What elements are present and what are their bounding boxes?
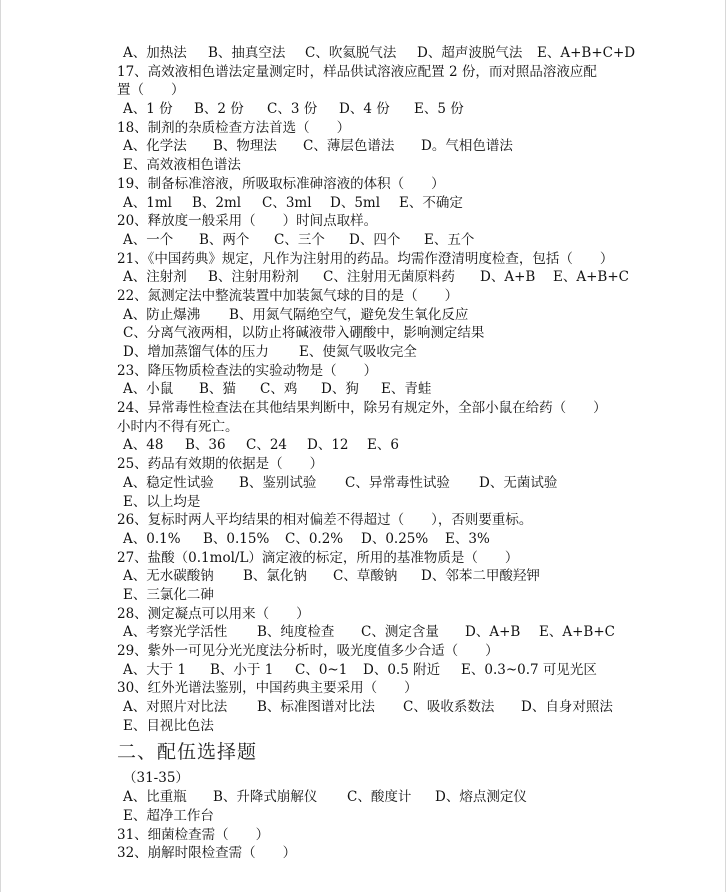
option-a: A、对照片对比法 [123,698,227,717]
option-e: E、A+B+C [553,268,629,287]
question-16-options: A、加热法B、抽真空法C、吹氦脱气法D、超声波脱气法E、A+B+C+D [117,44,617,63]
question-18-text: 18、制剂的杂质检查方法首选（ ） [117,119,617,138]
option-c: C、草酸钠 [333,567,397,586]
option-b: B、升降式崩解仪 [213,788,317,807]
option-b: B、2 份 [194,100,244,119]
question-26-text: 26、复标时两人平均结果的相对偏差不得超过（ ），否则要重标。 [117,511,617,530]
question-27-text: 27、盐酸（0.1mol/L）滴定液的标定，所用的基准物质是（ ） [117,549,617,568]
option-b: B、用氮气隔绝空气，避免发生氧化反应 [229,306,468,325]
option-e: E、青蛙 [381,380,431,399]
option-b: B、纯度检查 [257,623,334,642]
option-d: D、A+B [480,268,535,287]
option-e: E、3% [445,530,490,549]
option-c: C、三个 [274,231,325,250]
question-21-options: A、注射剂B、注射用粉剂C、注射用无菌原料药D、A+BE、A+B+C [117,268,617,287]
option-c: C、24 [246,436,287,455]
option-c: C、3 份 [267,100,317,119]
question-24-text-cont: 小时内不得有死亡。 [117,418,617,437]
option-e: E、不确定 [399,194,463,213]
question-20-text: 20、释放度一般采用（ ）时间点取样。 [117,212,617,231]
option-a: D、增加蒸馏气体的压力 [123,343,269,362]
option-c: C、薄层色谱法 [303,137,394,156]
option-e: E、0.3~0.7 可见光区 [461,661,597,680]
option-d: D、狗 [321,380,359,399]
question-18-options-2: E、高效液相色谱法 [117,156,617,175]
option-d: D。气相色谱法 [421,137,513,156]
option-a: C、分离气液两相，以防止将碱液带入硼酸中，影响测定结果 [123,324,484,343]
option-b: B、2ml [192,194,241,213]
option-c: C、吹氦脱气法 [305,44,396,63]
option-a: A、一个 [123,231,173,250]
question-22-options-3: D、增加蒸馏气体的压力E、使氮气吸收完全 [117,343,617,362]
option-a: A、考察光学活性 [123,623,227,642]
question-29-text: 29、紫外一可见分光光度法分析时，吸光度值多少合适（ ） [117,642,617,661]
option-b: B、鉴别试验 [239,474,316,493]
question-17-text: 17、高效液相色谱法定量测定时，样品供试溶液应配置 2 份，而对照品溶液应配 [117,63,617,82]
question-31-text: 31、细菌检查需（ ） [117,826,617,845]
question-26-options: A、0.1%B、0.15%C、0.2%D、0.25%E、3% [117,530,617,549]
option-a: A、稳定性试验 [123,474,214,493]
option-e: E、5 份 [414,100,464,119]
option-b: B、标准图谱对比法 [257,698,375,717]
question-22-options: A、防止爆沸B、用氮气隔绝空气，避免发生氧化反应 [117,306,617,325]
option-c: C、鸡 [260,380,297,399]
option-a: A、比重瓶 [123,788,187,807]
question-30-options-2: E、目视比色法 [117,717,617,736]
option-a: A、防止爆沸 [123,306,200,325]
option-d: D、5ml [330,194,380,213]
option-d: D、熔点测定仪 [435,788,527,807]
option-c: C、吸收系数法 [403,698,494,717]
option-d: D、超声波脱气法 [417,44,522,63]
section-heading: 二、配伍选择题 [117,735,617,769]
option-b: E、使氮气吸收完全 [299,343,417,362]
question-22-options-2: C、分离气液两相，以防止将碱液带入硼酸中，影响测定结果 [117,324,617,343]
option-a: A、1ml [123,194,172,213]
question-21-text: 21、《中国药典》规定，凡作为注射用的药品。均需作澄清明度检查，包括（ ） [117,250,617,269]
question-28-text: 28、测定凝点可以用来（ ） [117,605,617,624]
option-d: D、A+B [465,623,520,642]
option-d: D、邻苯二甲酸羟钾 [421,567,540,586]
option-a: E、高效液相色谱法 [123,156,241,175]
question-28-options: A、考察光学活性B、纯度检查C、测定含量D、A+BE、A+B+C [117,623,617,642]
option-a: E、三氯化二砷 [123,586,214,605]
option-a: A、化学法 [123,137,187,156]
document-content: A、加热法B、抽真空法C、吹氦脱气法D、超声波脱气法E、A+B+C+D17、高效… [117,44,617,863]
question-20-options: A、一个B、两个C、三个D、四个E、五个 [117,231,617,250]
option-a: A、注射剂 [123,268,187,287]
option-c: C、3ml [262,194,312,213]
option-b: B、0.15% [203,530,269,549]
question-25-options-2: E、以上均是 [117,493,617,512]
option-a: A、小鼠 [123,380,173,399]
option-c: C、测定含量 [361,623,439,642]
option-a: A、0.1% [123,530,181,549]
question-17-options: A、1 份B、2 份C、3 份D、4 份E、5 份 [117,100,617,119]
option-a: A、大于 1 [123,661,186,680]
question-23-options: A、小鼠B、猫C、鸡D、狗E、青蛙 [117,380,617,399]
question-30-options: A、对照片对比法B、标准图谱对比法C、吸收系数法D、自身对照法 [117,698,617,717]
question-24-text: 24、异常毒性检查法在其他结果判断中，除另有规定外，全部小鼠在给药（ ） [117,399,617,418]
option-d: D、12 [307,436,349,455]
option-b: B、物理法 [213,137,277,156]
option-c: C、酸度计 [347,788,411,807]
question-22-text: 22、氮测定法中整流装置中加装氮气球的目的是（ ） [117,287,617,306]
option-e: E、A+B+C+D [537,44,635,63]
option-d: D、4 份 [339,100,390,119]
question-17-text-cont: 置（ ） [117,81,617,100]
option-a: E、超净工作台 [123,807,214,826]
option-b: B、小于 1 [210,661,273,680]
option-a: A、48 [123,436,163,455]
question-18-options: A、化学法B、物理法C、薄层色谱法D。气相色谱法 [117,137,617,156]
option-e: E、A+B+C [539,623,615,642]
option-a: A、无水碳酸钠 [123,567,214,586]
question-23-text: 23、降压物质检查法的实验动物是（ ） [117,362,617,381]
group-range-label: （31-35） [117,769,617,788]
question-25-text: 25、药品有效期的依据是（ ） [117,455,617,474]
option-c: C、0.2% [285,530,343,549]
option-b: B、两个 [199,231,249,250]
question-19-options: A、1mlB、2mlC、3mlD、5mlE、不确定 [117,194,617,213]
option-c: C、0~1 [295,661,347,680]
option-e: E、6 [367,436,399,455]
matching-options-2: E、超净工作台 [117,807,617,826]
question-27-options: A、无水碳酸钠B、氯化钠C、草酸钠D、邻苯二甲酸羟钾 [117,567,617,586]
option-b: B、猫 [199,380,236,399]
question-32-text: 32、崩解时限检查需（ ） [117,844,617,863]
question-24-options: A、48B、36C、24D、12E、6 [117,436,617,455]
option-e: E、五个 [424,231,474,250]
option-a: A、1 份 [123,100,173,119]
question-25-options: A、稳定性试验B、鉴别试验C、异常毒性试验D、无菌试验 [117,474,617,493]
option-d: D、0.25% [361,530,428,549]
option-a: A、加热法 [123,44,187,63]
option-c: C、注射用无菌原料药 [323,268,455,287]
question-27-options-2: E、三氯化二砷 [117,586,617,605]
question-19-text: 19、制备标准溶液，所吸取标准砷溶液的体积（ ） [117,175,617,194]
option-d: D、四个 [349,231,400,250]
option-a: E、目视比色法 [123,717,214,736]
option-d: D、自身对照法 [521,698,613,717]
question-30-text: 30、红外光谱法鉴别，中国药典主要采用（ ） [117,679,617,698]
option-b: B、氯化钠 [243,567,307,586]
option-a: E、以上均是 [123,493,200,512]
option-b: B、36 [185,436,226,455]
document-page: A、加热法B、抽真空法C、吹氦脱气法D、超声波脱气法E、A+B+C+D17、高效… [0,0,726,892]
option-d: D、0.5 附近 [363,661,440,680]
option-b: B、注射用粉剂 [208,268,299,287]
option-c: C、异常毒性试验 [345,474,450,493]
matching-options: A、比重瓶B、升降式崩解仪C、酸度计D、熔点测定仪 [117,788,617,807]
option-d: D、无菌试验 [479,474,557,493]
question-29-options: A、大于 1B、小于 1C、0~1D、0.5 附近E、0.3~0.7 可见光区 [117,661,617,680]
option-b: B、抽真空法 [208,44,285,63]
